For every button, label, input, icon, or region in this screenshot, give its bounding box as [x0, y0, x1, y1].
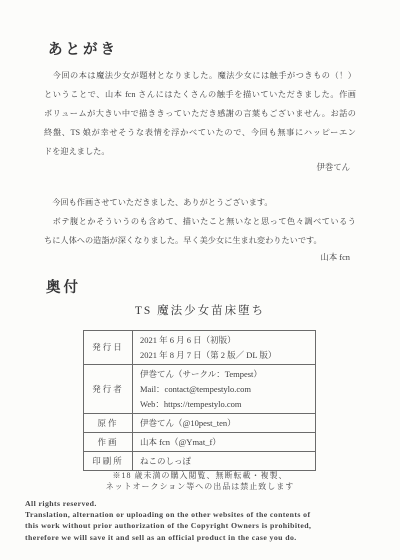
rights-notice-line: All rights reserved. — [25, 498, 385, 509]
row-value: 伊巻てん（サークル：Tempest） Mail：contact@tempesty… — [133, 365, 316, 414]
row-value-line: 2021 年 6 月 6 日（初版） — [140, 333, 308, 348]
row-value-line: 伊巻てん（@10pest_ten） — [140, 416, 308, 431]
afterword-line: ボリュームが大きい中で描ききっていただき感謝の言葉もございません。お話の — [44, 104, 356, 123]
colophon-table: 発行日 2021 年 6 月 6 日（初版） 2021 年 8 月 7 日（第 … — [83, 330, 316, 471]
colophon-heading: 奥付 — [46, 276, 81, 297]
colophon-page: あとがき 今回の本は魔法少女が題材となりました。魔法少女には触手がつきもの（！）… — [0, 0, 400, 560]
row-value-line: Web：https://tempestylo.com — [140, 397, 308, 412]
row-value-line: 山本 fcn（@Ymat_f） — [140, 435, 308, 450]
table-row-publisher: 発行者 伊巻てん（サークル：Tempest） Mail：contact@temp… — [84, 365, 316, 414]
row-label: 発行者 — [84, 365, 133, 414]
table-row-illustration: 作画 山本 fcn（@Ymat_f） — [84, 433, 316, 452]
age-restriction-notice: ※18 歳未満の購入閲覧、無断転載・複製、 ネットオークション等への出品は禁止致… — [0, 470, 400, 492]
row-value-line: 2021 年 8 月 7 日（第 2 版／ DL 版） — [140, 348, 308, 363]
artist-signature: 山本 fcn — [44, 251, 350, 263]
rights-notice: All rights reserved. Translation, altern… — [25, 498, 385, 543]
notice-line: ネットオークション等への出品は禁止致します — [0, 481, 400, 492]
row-value-line: 伊巻てん（サークル：Tempest） — [140, 367, 308, 382]
table-row-printer: 印刷所 ねこのしっぽ — [84, 452, 316, 471]
afterword-paragraph-1: 今回の本は魔法少女が題材となりました。魔法少女には触手がつきもの（！） というこ… — [44, 66, 356, 161]
row-value: ねこのしっぽ — [133, 452, 316, 471]
afterword-line: ドを迎えました。 — [44, 142, 356, 161]
row-value-line: Mail：contact@tempestylo.com — [140, 382, 308, 397]
notice-line: ※18 歳未満の購入閲覧、無断転載・複製、 — [0, 470, 400, 481]
rights-notice-line: Translation, alternation or uploading on… — [25, 509, 385, 520]
rights-notice-line: therefore we will save it and sell as an… — [25, 532, 385, 543]
afterword-line: 今回も作画させていただきました、ありがとうございます。 — [44, 193, 356, 212]
afterword-paragraph-2: 今回も作画させていただきました、ありがとうございます。 ボテ腹とかそういうのも含… — [44, 193, 356, 250]
row-label: 原作 — [84, 414, 133, 433]
row-value-line: ねこのしっぽ — [140, 454, 308, 469]
table-row-original-work: 原作 伊巻てん（@10pest_ten） — [84, 414, 316, 433]
row-label: 作画 — [84, 433, 133, 452]
afterword-heading: あとがき — [48, 38, 118, 59]
writer-signature: 伊巻てん — [44, 161, 350, 173]
row-value: 山本 fcn（@Ymat_f） — [133, 433, 316, 452]
afterword-line: ちに人体への造詣が深くなりました。早く美少女に生まれ変わりたいです。 — [44, 231, 356, 250]
afterword-line: 終盤、TS 娘が幸せそうな表情を浮かべていたので、今回も無事にハッピーエン — [44, 123, 356, 142]
row-value: 伊巻てん（@10pest_ten） — [133, 414, 316, 433]
row-label: 発行日 — [84, 331, 133, 365]
row-label: 印刷所 — [84, 452, 133, 471]
table-row-publish-date: 発行日 2021 年 6 月 6 日（初版） 2021 年 8 月 7 日（第 … — [84, 331, 316, 365]
afterword-line: 今回の本は魔法少女が題材となりました。魔法少女には触手がつきもの（！） — [44, 66, 356, 85]
book-title: TS 魔法少女苗床堕ち — [0, 302, 400, 318]
afterword-line: ボテ腹とかそういうのも含めて、描いたこと無いなと思って色々調べているう — [44, 212, 356, 231]
rights-notice-line: this work without prior authorization of… — [25, 520, 385, 531]
row-value: 2021 年 6 月 6 日（初版） 2021 年 8 月 7 日（第 2 版／… — [133, 331, 316, 365]
afterword-line: ということで、山本 fcn さんにはたくさんの触手を描いていただきました。作画 — [44, 85, 356, 104]
